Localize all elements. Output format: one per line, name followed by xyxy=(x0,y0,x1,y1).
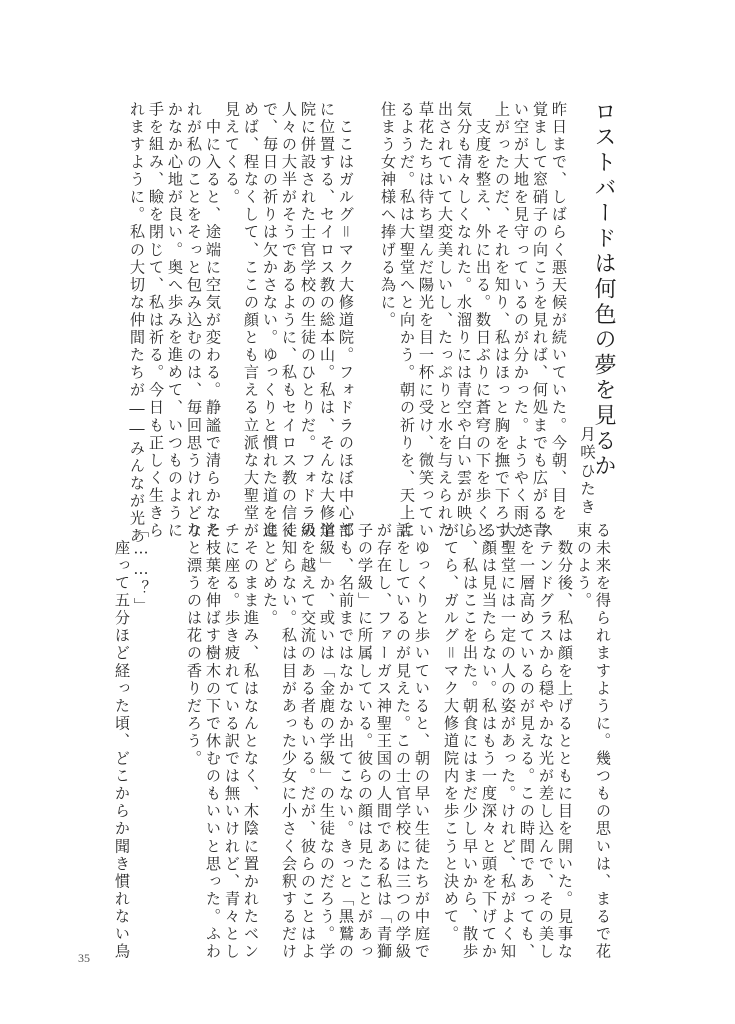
text-column: そのまま進み、私はなんとなく、木陰に置かれたベン xyxy=(243,522,259,961)
text-column: 上がったのだ、それを知り、私はほっと胸を撫で下ろす。 xyxy=(494,101,510,557)
text-column: にとどめた。 xyxy=(262,522,278,627)
text-column: で、毎日の祈りは欠かさない。ゆっくりと慣れた道を進 xyxy=(262,101,278,540)
text-column: ら、私はここを出た。朝食にはまだ少し早いから、散歩 xyxy=(462,522,478,961)
text-column: 出されていて大変美しいし、たっぷりと水を与えられた xyxy=(437,101,453,540)
text-column: が存在し、ファーガス神聖王国の人間である私は「青獅 xyxy=(376,522,392,961)
text-column: がてら、ガルグ＝マク大修道院内を歩こうと決めて。 xyxy=(443,522,459,943)
text-column: れますように。私の大切な仲間たちが――みんなが光あ xyxy=(129,101,145,545)
text-column: ゆっくりと歩いていると、朝の早い生徒たちが中庭で xyxy=(414,522,430,961)
text-column: く知らない。私は目があった少女に小さく会釈するだけ xyxy=(281,522,297,961)
text-column: い空が大地を見守っているのが分かった。ようやく雨が xyxy=(513,101,529,540)
text-column: 人々の大半がそうであるように、私もセイロス教の信徒 xyxy=(281,101,297,540)
text-column: さを一層高めているのが見える。この時間であっても、 xyxy=(519,522,535,961)
text-column: 昨日まで、しばらく悪天候が続いていた。今朝、目を xyxy=(551,101,567,522)
text-column: チに座る。歩き疲れている訳では無いけれど、青々とし xyxy=(224,522,240,961)
text-column: るようだ。私は大聖堂へと向かう。朝の祈りを、天上に xyxy=(399,101,415,540)
text-column: 住まう女神様へ捧げる為に。 xyxy=(380,101,396,329)
text-column: 束のよう。 xyxy=(576,522,592,610)
text-column: めば、程なくして、ここの顔とも言える立派な大聖堂が xyxy=(243,101,259,540)
text-column: 院に併設された士官学校の生徒のひとりだ。フォドラの xyxy=(300,101,316,540)
text-column: ても、名前まではなかなか出てこない。きっと「黒鷲の xyxy=(338,522,354,961)
text-column: 大聖堂には一定の人の姿があった。けれど、私がよく知 xyxy=(500,522,516,961)
author-name: 月咲ひたき xyxy=(579,426,595,517)
text-column: 「……？」 xyxy=(133,522,149,615)
text-column: る未来を得られますように。幾つもの思いは、まるで花 xyxy=(595,522,611,961)
text-column: かなか心地が良い。奥へ歩みを進めて、いつものように xyxy=(167,101,183,540)
text-column: 手を組み、瞼を閉じて、私は祈る。今日も正しく生きら xyxy=(148,101,164,540)
text-column: た枝葉を伸ばす樹木の下で休むのもいいと思った。ふわ xyxy=(205,522,221,961)
text-column: 子の学級」に所属している。彼らの顔は見たことがあっ xyxy=(357,522,373,961)
text-column: 学級」か、或いは「金鹿の学級」の生徒なのだろう。学 xyxy=(319,522,335,961)
text-column: 支度を整え、外に出る。数日ぶりに蒼穹の下を歩くと、 xyxy=(475,101,491,557)
text-column: 級を越えて交流のある者もいる。だが、彼らのことはよ xyxy=(300,522,316,961)
text-column: 覚まして窓硝子の向こうを見れば、何処までも広がる青 xyxy=(532,101,548,540)
text-column: に位置する、セイロス教の総本山。私は、そんな大修道 xyxy=(319,101,335,540)
text-column: 数分後、私は顔を上げるとともに目を開いた。見事な xyxy=(557,522,573,961)
text-column: 気分も清々しくなれた。水溜りには青空や白い雲が映し xyxy=(456,101,472,540)
text-column: 話をしているのが見えた。この士官学校には三つの学級 xyxy=(395,522,411,961)
text-column: 座って五分ほど経った頃、どこからか聞き慣れない鳥 xyxy=(114,522,130,961)
story-title: ロストバードは何色の夢を見るか xyxy=(591,100,615,480)
text-column: ここはガルグ＝マク大修道院。フォドラのほぼ中心部 xyxy=(338,101,354,540)
text-column: る顔は見当たらない。私はもう一度深々と頭を下げてか xyxy=(481,522,497,961)
text-column: れが私のことをそっと包み込むのは、毎回思うけれどな xyxy=(186,101,202,540)
text-column: りと漂うのは花の香りだろう。 xyxy=(186,522,202,768)
text-column: ステンドグラスから穏やかな光が差し込んで、その美し xyxy=(538,522,554,961)
text-column: 見えてくる。 xyxy=(224,101,240,206)
text-column: 草花たちは待ち望んだ陽光を目一杯に受け、微笑ってい xyxy=(418,101,434,540)
text-column: 中に入ると、途端に空気が変わる。静謐で清らかなそ xyxy=(205,101,221,540)
book-page: ロストバードは何色の夢を見るか 月咲ひたき 昨日まで、しばらく悪天候が続いていた… xyxy=(0,0,735,1024)
page-number: 35 xyxy=(78,951,90,966)
